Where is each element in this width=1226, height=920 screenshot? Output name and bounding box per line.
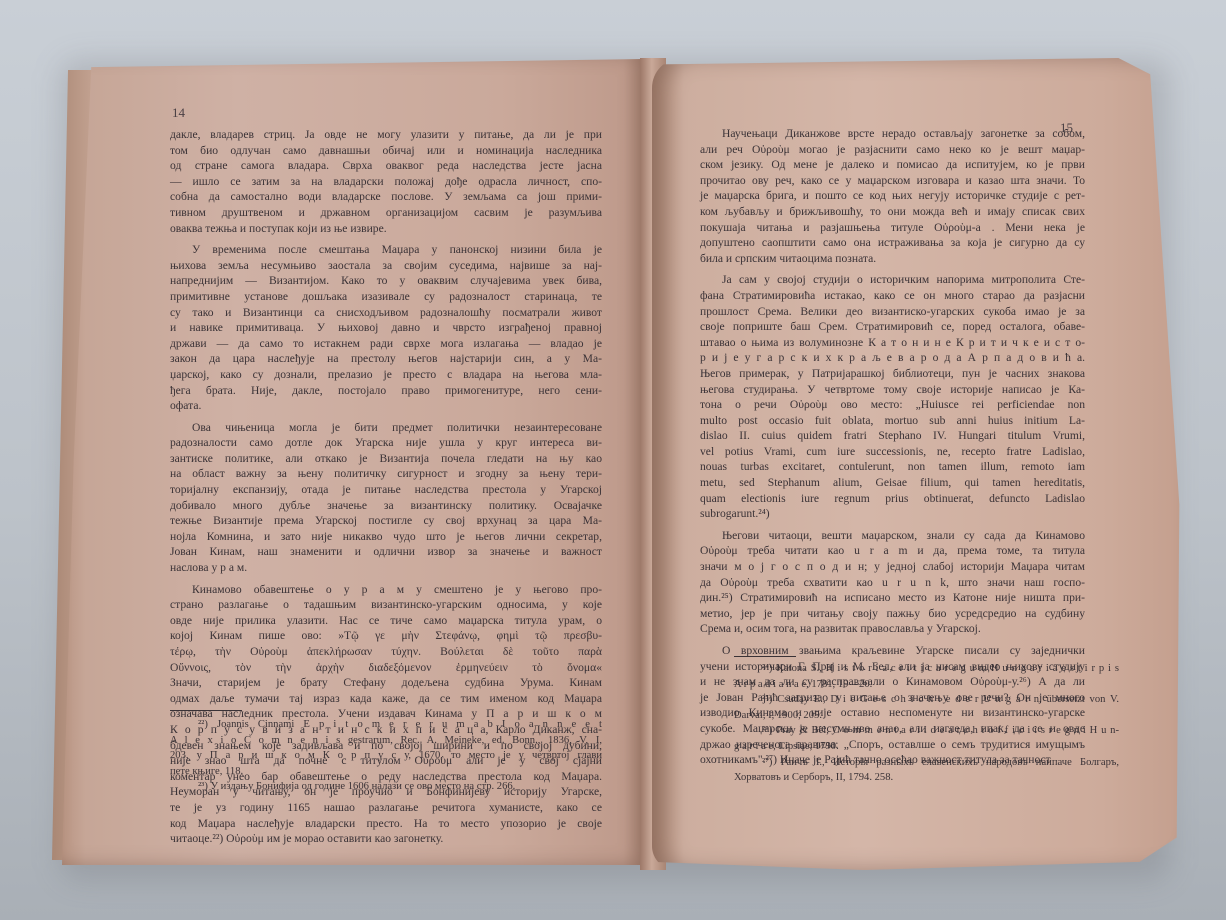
text-line: р и ј е у г а р с к и х к р а љ е в а р … [700, 350, 1085, 366]
text-line: тивном друштвеном и државном организациј… [170, 205, 602, 221]
text-line: прочитао ову реч, како се у маџарском из… [700, 173, 1085, 189]
text-line: прошлост Срема. Велики део византиско-уг… [700, 304, 1085, 320]
text-line: офата. [170, 398, 602, 414]
text-line: Οὔννοις, τὸν τὴν ἀρχὴν διαδεξόμενον ἑρμη… [170, 660, 602, 676]
footnote: ²⁷) Раичъ I., Исторiя разныхъ славенских… [734, 756, 1119, 787]
paragraph: У временима после смештања Маџара у пано… [170, 242, 602, 414]
text-line: собна да самостално води владарске посло… [170, 189, 602, 205]
text-line: ²⁵) Csuday E., D i e G e s c h i c h t e… [734, 693, 1119, 709]
footnote: ²⁴) Katona S., H i s t o r i a c r i t i… [734, 662, 1119, 693]
text-line: читаоце.²²) Οὐροὺμ им је морао оставити … [170, 831, 602, 847]
text-line: су тако и Византинци са снисходљивом рад… [170, 305, 602, 321]
text-line: своје поприште баш Срем. Стратимировић с… [700, 319, 1085, 335]
text-line: nouas turbas excitaret, contulerunt, non… [700, 459, 1085, 475]
text-line: том био одлучан само давнашњи обичај или… [170, 143, 602, 159]
paragraph: Ова чињеница могла је бити предмет полит… [170, 420, 602, 576]
text-line: ђега брата. Није, дакле, постојало право… [170, 383, 602, 399]
text-line: subrogarunt.²⁴) [700, 506, 1085, 522]
text-line: значи м о ј г о с п о д и н; у једној сл… [700, 559, 1085, 575]
text-line: закон да цара наслеђује на престолу њего… [170, 351, 602, 367]
text-line: нојла Комнина, и зато није никакво чудо … [170, 529, 602, 545]
text-line: ²⁷) Раичъ I., Исторiя разныхъ славенских… [734, 756, 1119, 772]
text-line: Darvai, I, 1900, 205. [734, 709, 1119, 725]
left-page[interactable]: 14 дакле, владарев стриц. Ја овде не мог… [62, 55, 647, 865]
text-line: од стране самога владара. Сврха оваквог … [170, 158, 602, 174]
text-line: пете књиге, 118. [170, 765, 602, 781]
text-line: metu, sed Stephanum alium, Geisae filium… [700, 475, 1085, 491]
text-line: овде није прилика улазити. Нас се тиче с… [170, 613, 602, 629]
text-line: добивало много дубље значење за византин… [170, 498, 602, 514]
text-line: допуштено саопштити само она истраживања… [700, 235, 1085, 251]
text-line: напреднијим — Византијом. Како то у овак… [170, 273, 602, 289]
text-line: примитивне установе дошљака изазивале су… [170, 289, 602, 305]
text-line: фана Стратимировића истакао, како се он … [700, 288, 1085, 304]
text-line: quam electionis iure regnum prius obtinu… [700, 491, 1085, 507]
text-line: τέρῳ, τὴν Οὐροὺμ ἀπεκλήρωσαν τύχην. Βούλ… [170, 644, 602, 660]
text-line: Хорватовъ и Серборъ, II, 1794. 258. [734, 771, 1119, 787]
footnote-rule [734, 656, 796, 657]
text-line: његова студирања. У четвртоме тому своје… [700, 382, 1085, 398]
text-line: торијалну експанзију, отада је питање на… [170, 482, 602, 498]
text-line: метио, јер је при читању своју пажњу био… [700, 606, 1085, 622]
footnote-rule [170, 710, 242, 711]
text-line: била и српским читаоцима позната. [700, 251, 1085, 267]
text-line: и навике примитиваца. У њиховој давно и … [170, 320, 602, 336]
text-line: dislao II. cuius quidem fratri Stephano … [700, 428, 1085, 444]
text-line: У временима после смештања Маџара у пано… [170, 242, 602, 258]
paragraph: Кинамово обавештење о у р а м у смештено… [170, 582, 602, 847]
text-line: Ова чињеница могла је бити предмет полит… [170, 420, 602, 436]
footnote: ²⁶) Pray & Bèl, C o m m e n t a r i i d … [734, 724, 1119, 755]
text-line: g a r i a e, Lipsiae, 1790. [734, 740, 1119, 756]
text-line: vel potius Vrami, cum iure successionis,… [700, 444, 1085, 460]
text-line: да Οὐροὺμ треба схватити као u r u n k, … [700, 575, 1085, 591]
text-line: те је уз годину 1165 нашао разлагање реч… [170, 800, 602, 816]
text-line: Јован Кинам, наш знаменити и одлични изв… [170, 544, 602, 560]
text-line: A r p a d i a n a e, 1781, 19—20. [734, 678, 1119, 694]
left-page-footnotes: ²²) Joannis Cinnami E p i t o m e r e r … [170, 718, 602, 796]
footnote: ²²) Joannis Cinnami E p i t o m e r e r … [170, 718, 602, 780]
paragraph: дакле, владарев стриц. Ја овде не могу у… [170, 127, 602, 236]
text-line: 203, у П а р и ш к о м К о р п у с у, 16… [170, 749, 602, 765]
text-line: multo post occasio fuit oblata, mortuo s… [700, 413, 1085, 429]
text-line: Његови читаоци, вешти маџарском, знали с… [700, 528, 1085, 544]
text-line: радозналости само дотле док Угарска није… [170, 435, 602, 451]
text-line: Οὐροὺμ треба читати као u r a m и да, пр… [700, 543, 1085, 559]
text-line: ком љубављу и брижљивошћу, то они можда … [700, 204, 1085, 220]
text-line: којој Кинам пише ово: »Τῷ γε μὴν Στεφάνῳ… [170, 628, 602, 644]
text-line: Научењаци Диканжове врсте нерадо оставља… [700, 126, 1085, 142]
text-line: ²²) Joannis Cinnami E p i t o m e r e r … [170, 718, 602, 734]
right-page-footnotes: ²⁴) Katona S., H i s t o r i a c r i t i… [734, 662, 1119, 787]
text-line: Значи, старијем је брату Стефану додељен… [170, 675, 602, 691]
text-line: одмах даље тумачи тај израз када каже, д… [170, 691, 602, 707]
text-line: али реч Οὐροὺμ могао је разјаснити само … [700, 142, 1085, 158]
right-page[interactable]: 15 Научењаци Диканжове врсте нерадо оста… [652, 58, 1182, 870]
text-line: ²³) У издању Бонифија од године 1606 нал… [170, 780, 602, 796]
text-line: џарској, како су дознали, прелазио је пр… [170, 367, 602, 383]
text-line: покушаја читања и разјашњења титуле Οὐρο… [700, 220, 1085, 236]
text-line: ²⁴) Katona S., H i s t o r i a c r i t i… [734, 662, 1119, 678]
text-line: ²⁶) Pray & Bèl, C o m m e n t a r i i d … [734, 724, 1119, 740]
footnote: ²³) У издању Бонифија од године 1606 нал… [170, 780, 602, 796]
text-line: је маџарска брига, и пошто се код њих не… [700, 188, 1085, 204]
text-line: на област важну за њену политичку сигурн… [170, 466, 602, 482]
text-line: Срема и, осим тога, на развитак правосла… [700, 621, 1085, 637]
text-line: држави — да само то истакнем ради сврхе … [170, 336, 602, 352]
text-line: Кинамово обавештење о у р а м у смештено… [170, 582, 602, 598]
text-line: Ја сам у својој студији о историчким нап… [700, 272, 1085, 288]
footnote: ²⁵) Csuday E., D i e G e s c h i c h t e… [734, 693, 1119, 724]
text-line: A l e x i o C o m n e n i s gestrarum, R… [170, 734, 602, 750]
text-line: код Маџара наслеђује владарски престо. Н… [170, 816, 602, 832]
text-line: оваква тежња и поступак који из ње извир… [170, 221, 602, 237]
paragraph: Научењаци Диканжове врсте нерадо оставља… [700, 126, 1085, 266]
text-line: ском језику. Од мене је далеко и помисао… [700, 157, 1085, 173]
text-line: тежње Византије према Угарској постигле … [170, 513, 602, 529]
text-line: тона о речи Οὐροὺμ ово место: „Huiusce r… [700, 397, 1085, 413]
text-line: зантиске политике, али откако је Византи… [170, 451, 602, 467]
text-line: Његов примерак, у Патријарашкој библиоте… [700, 366, 1085, 382]
text-line: страно разлагање о тадашњим византинско-… [170, 597, 602, 613]
text-line: њихова земља несумњиво заостала за своји… [170, 258, 602, 274]
paragraph: Његови читаоци, вешти маџарском, знали с… [700, 528, 1085, 637]
text-line: — ишло се затим за на владарски положај … [170, 174, 602, 190]
page-number: 14 [172, 105, 185, 121]
text-line: дин.²⁵) Стратимировић на исписано место … [700, 590, 1085, 606]
paragraph: Ја сам у својој студији о историчким нап… [700, 272, 1085, 522]
text-line: дакле, владарев стриц. Ја овде не могу у… [170, 127, 602, 143]
text-line: наслова у р а м. [170, 560, 602, 576]
text-line: штавао о њима из волуминозне К а т о н и… [700, 335, 1085, 351]
